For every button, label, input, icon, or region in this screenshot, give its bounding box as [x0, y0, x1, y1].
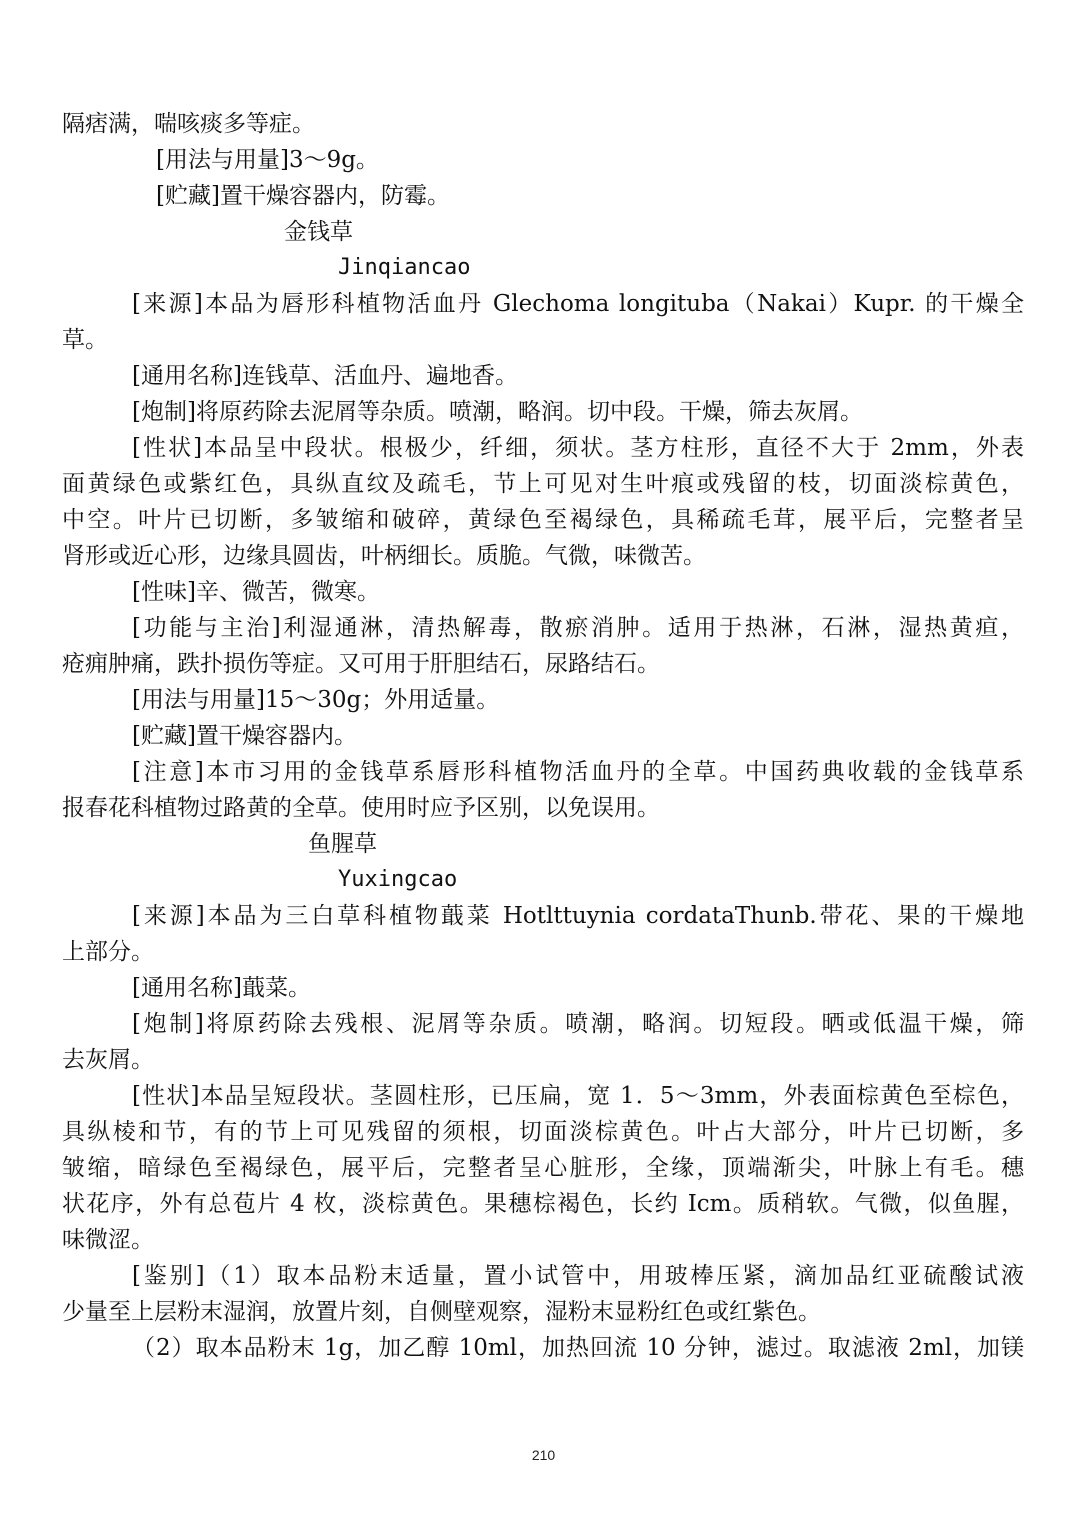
usage-line: [用法与用量]15～30g；外用适量。: [62, 682, 1024, 718]
entry-title: 鱼腥草: [62, 826, 1024, 862]
entry-pinyin: Jinqiancao: [62, 250, 1024, 286]
description-line: 味微涩。: [62, 1222, 1024, 1258]
processing-line: 去灰屑。: [62, 1042, 1024, 1078]
note-line: [注意]本市习用的金钱草系唇形科植物活血丹的全草。中国药典收载的金钱草系: [62, 754, 1024, 790]
identification-line: （2）取本品粉末 1g，加乙醇 10ml，加热回流 10 分钟，滤过。取滤液 2…: [62, 1330, 1024, 1366]
description-line: 具纵棱和节，有的节上可见残留的须根，切面淡棕黄色。叶占大部分，叶片已切断，多: [62, 1114, 1024, 1150]
common-names-line: [通用名称]连钱草、活血丹、遍地香。: [62, 358, 1024, 394]
identification-line: 少量至上层粉末湿润，放置片刻，自侧壁观察，湿粉末显粉红色或红紫色。: [62, 1294, 1024, 1330]
source-line: [来源]本品为三白草科植物蕺菜 Hotlttuynia cordataThunb…: [62, 898, 1024, 934]
document-page: 隔痞满，喘咳痰多等症。 [用法与用量]3～9g。 [贮藏]置干燥容器内，防霉。 …: [62, 106, 1024, 1366]
source-line: 上部分。: [62, 934, 1024, 970]
identification-line: [鉴别]（1）取本品粉末适量，置小试管中，用玻棒压紧，滴加品红亚硫酸试液: [62, 1258, 1024, 1294]
storage-line: [贮藏]置干燥容器内。: [62, 718, 1024, 754]
page-number: 210: [0, 1447, 1087, 1463]
processing-line: [炮制]将原药除去泥屑等杂质。喷潮，略润。切中段。干燥，筛去灰屑。: [62, 394, 1024, 430]
description-line: [性状]本品呈短段状。茎圆柱形，已压扁，宽 1．5～3mm，外表面棕黄色至棕色，: [62, 1078, 1024, 1114]
description-line: 中空。叶片已切断，多皱缩和破碎，黄绿色至褐绿色，具稀疏毛茸，展平后，完整者呈: [62, 502, 1024, 538]
function-line: [功能与主治]利湿通淋，清热解毒，散瘀消肿。适用于热淋，石淋，湿热黄疸，: [62, 610, 1024, 646]
taste-line: [性味]辛、微苦，微寒。: [62, 574, 1024, 610]
storage-line: [贮藏]置干燥容器内，防霉。: [62, 178, 1024, 214]
processing-line: [炮制]将原药除去残根、泥屑等杂质。喷潮，略润。切短段。晒或低温干燥，筛: [62, 1006, 1024, 1042]
description-line: 肾形或近心形，边缘具圆齿，叶柄细长。质脆。气微，味微苦。: [62, 538, 1024, 574]
description-line: 皱缩，暗绿色至褐绿色，展平后，完整者呈心脏形，全缘，顶端渐尖，叶脉上有毛。穗: [62, 1150, 1024, 1186]
usage-line: [用法与用量]3～9g。: [62, 142, 1024, 178]
common-names-line: [通用名称]蕺菜。: [62, 970, 1024, 1006]
description-line: 状花序，外有总苞片 4 枚，淡棕黄色。果穗棕褐色，长约 Icm。质稍软。气微，似…: [62, 1186, 1024, 1222]
text-line: 隔痞满，喘咳痰多等症。: [62, 106, 1024, 142]
entry-title: 金钱草: [62, 214, 1024, 250]
source-line: 草。: [62, 322, 1024, 358]
note-line: 报春花科植物过路黄的全草。使用时应予区别，以免误用。: [62, 790, 1024, 826]
description-line: 面黄绿色或紫红色，具纵直纹及疏毛，节上可见对生叶痕或残留的枝，切面淡棕黄色，: [62, 466, 1024, 502]
function-line: 疮痈肿痛，跌扑损伤等症。又可用于肝胆结石，尿路结石。: [62, 646, 1024, 682]
source-line: [来源]本品为唇形科植物活血丹 Glechoma longituba（Nakai…: [62, 286, 1024, 322]
description-line: [性状]本品呈中段状。根极少，纤细，须状。茎方柱形，直径不大于 2mm，外表: [62, 430, 1024, 466]
entry-pinyin: Yuxingcao: [62, 862, 1024, 898]
